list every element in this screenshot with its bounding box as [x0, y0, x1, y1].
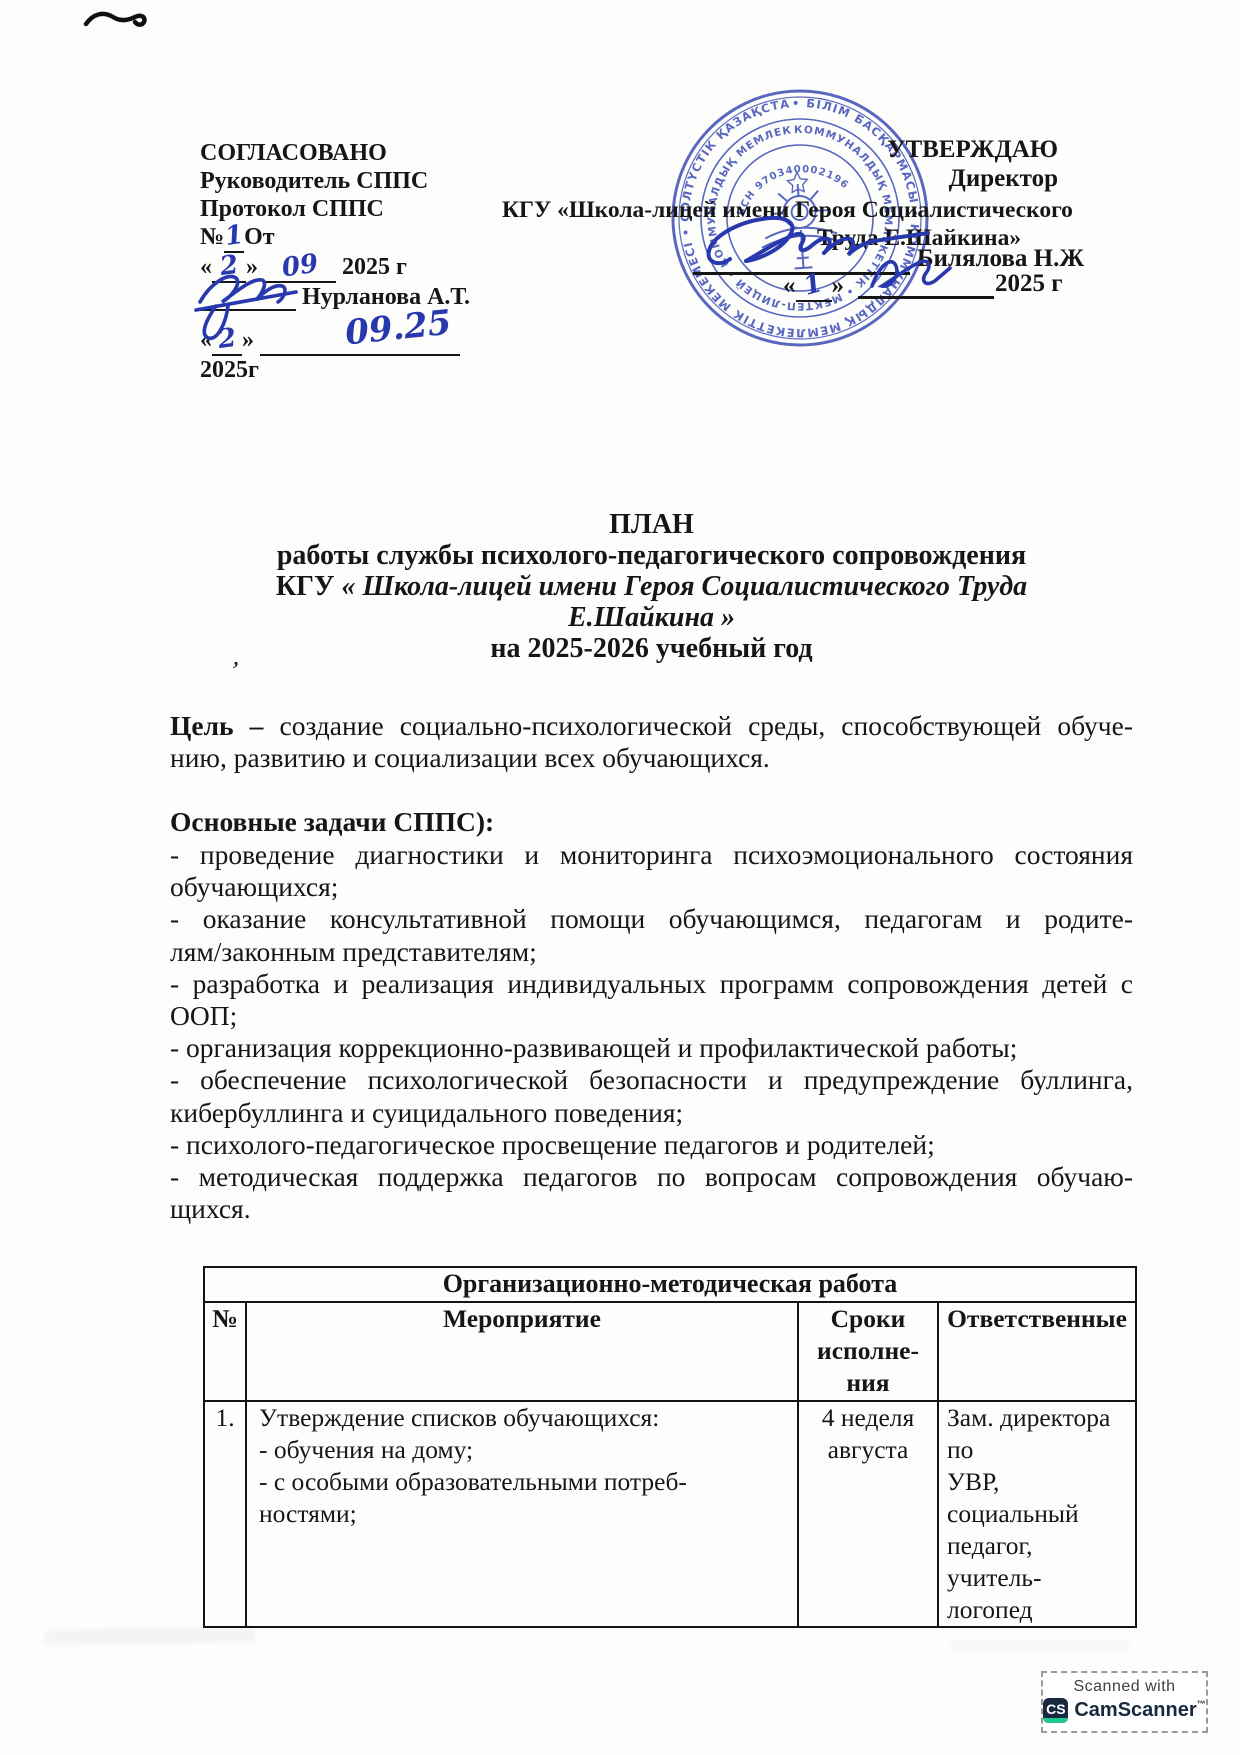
camscanner-watermark: Scanned with CS CamScanner™: [1041, 1671, 1208, 1733]
task-line: ООП;: [170, 1000, 1133, 1032]
camscanner-brand-name: CamScanner™: [1074, 1699, 1205, 1722]
title-line-1: ПЛАН: [170, 509, 1133, 540]
work-plan-table-wrap: Организационно-методическая работа № Мер…: [203, 1266, 1137, 1628]
handwritten-date-value: 09.25: [344, 312, 452, 343]
goal-line-2: нию, развитию и социализации всех обучаю…: [170, 742, 1133, 774]
title-line-3: КГУ « Школа-лицей имени Героя Социалисти…: [170, 571, 1133, 602]
task-line: - оказание консультативной помощи обучаю…: [170, 903, 1133, 935]
table-section-title-row: Организационно-методическая работа: [204, 1267, 1136, 1302]
scanned-with-label: Scanned with: [1043, 1678, 1206, 1696]
handwritten-protocol-number: 1: [224, 225, 245, 247]
col-header-period: Сроки исполне- ния: [798, 1302, 938, 1401]
title-line-4: Е.Шайкина »: [170, 602, 1133, 633]
task-line: щихся.: [170, 1193, 1133, 1225]
document-title: ПЛАН работы службы психолого-педагогичес…: [170, 509, 1133, 664]
left-year-2: 2025г: [200, 356, 259, 384]
task-line: - разработка и реализация индивидуальных…: [170, 968, 1133, 1000]
task-line: лям/законным представителям;: [170, 936, 1133, 968]
task-line: - организация коррекционно-развивающей и…: [170, 1032, 1133, 1064]
task-line: - проведение диагностики и мониторинга п…: [170, 839, 1133, 871]
task-line: обучающихся;: [170, 871, 1133, 903]
row-num: 1.: [204, 1401, 246, 1627]
task-line: - методическая поддержка педагогов по во…: [170, 1161, 1133, 1193]
row-period: 4 неделя августа: [798, 1401, 938, 1627]
task-line: - психолого-педагогическое просвещение п…: [170, 1129, 1133, 1161]
left-signature: [192, 258, 304, 346]
title-org-prefix: КГУ: [276, 571, 342, 602]
task-line: - обеспечение психологической безопаснос…: [170, 1064, 1133, 1096]
title-line-5: на 2025-2026 учебный год: [170, 633, 1133, 664]
table-header-row: № Мероприятие Сроки исполне- ния Ответст…: [204, 1302, 1136, 1401]
right-year: 2025 г: [995, 270, 1063, 298]
title-org-italic: « Школа-лицей имени Героя Социалистическ…: [342, 571, 1028, 602]
table-section-title: Организационно-методическая работа: [204, 1267, 1136, 1302]
trademark-sign: ™: [1197, 1699, 1206, 1709]
goal-line-1: Цель – создание социально-психологическо…: [170, 710, 1133, 742]
camscanner-logo-icon: CS: [1043, 1698, 1068, 1723]
scan-smudge: [950, 1640, 1130, 1650]
left-role: Руководитель СППС: [200, 167, 470, 195]
row-responsible: Зам. директора по УВР, социальный педаго…: [938, 1401, 1136, 1627]
left-protocol: Протокол СППС: [200, 195, 470, 223]
right-role: Директор: [860, 165, 1058, 193]
table-row: 1. Утверждение списков обучающихся: - об…: [204, 1401, 1136, 1627]
left-protocol-number: №1От: [200, 223, 470, 253]
title-line-2: работы службы психолого-педагогического …: [170, 540, 1133, 571]
pen-squiggle-mark: [83, 8, 155, 32]
col-header-num: №: [204, 1302, 246, 1401]
right-month-scribble: [862, 248, 954, 296]
tasks-heading: Основные задачи СППС):: [170, 806, 494, 838]
brand-text: CamScanner: [1074, 1699, 1196, 1721]
task-line: кибербуллинга и суицидального поведения;: [170, 1097, 1133, 1129]
tasks-list: - проведение диагностики и мониторинга п…: [170, 839, 1133, 1225]
row-activity: Утверждение списков обучающихся: - обуче…: [246, 1401, 798, 1627]
camscanner-brand-row: CS CamScanner™: [1043, 1698, 1206, 1723]
col-header-responsible: Ответственные: [938, 1302, 1136, 1401]
work-plan-table: Организационно-методическая работа № Мер…: [203, 1266, 1137, 1628]
approve-label: УТВЕРЖДАЮ: [860, 136, 1058, 164]
approved-label: СОГЛАСОВАНО: [200, 139, 470, 167]
goal-text: создание социально-психологической среды…: [263, 710, 1133, 741]
scan-smudge: [45, 1626, 255, 1646]
goal-paragraph: Цель – создание социально-психологическо…: [170, 710, 1133, 774]
scanned-document-page: СОГЛАСОВАНО Руководитель СППС Протокол С…: [0, 0, 1240, 1755]
goal-label: Цель –: [170, 710, 263, 741]
year-label: 2025 г: [342, 254, 407, 280]
col-header-activity: Мероприятие: [246, 1302, 798, 1401]
num-sign: №: [200, 224, 224, 250]
from-label: От: [244, 224, 274, 250]
